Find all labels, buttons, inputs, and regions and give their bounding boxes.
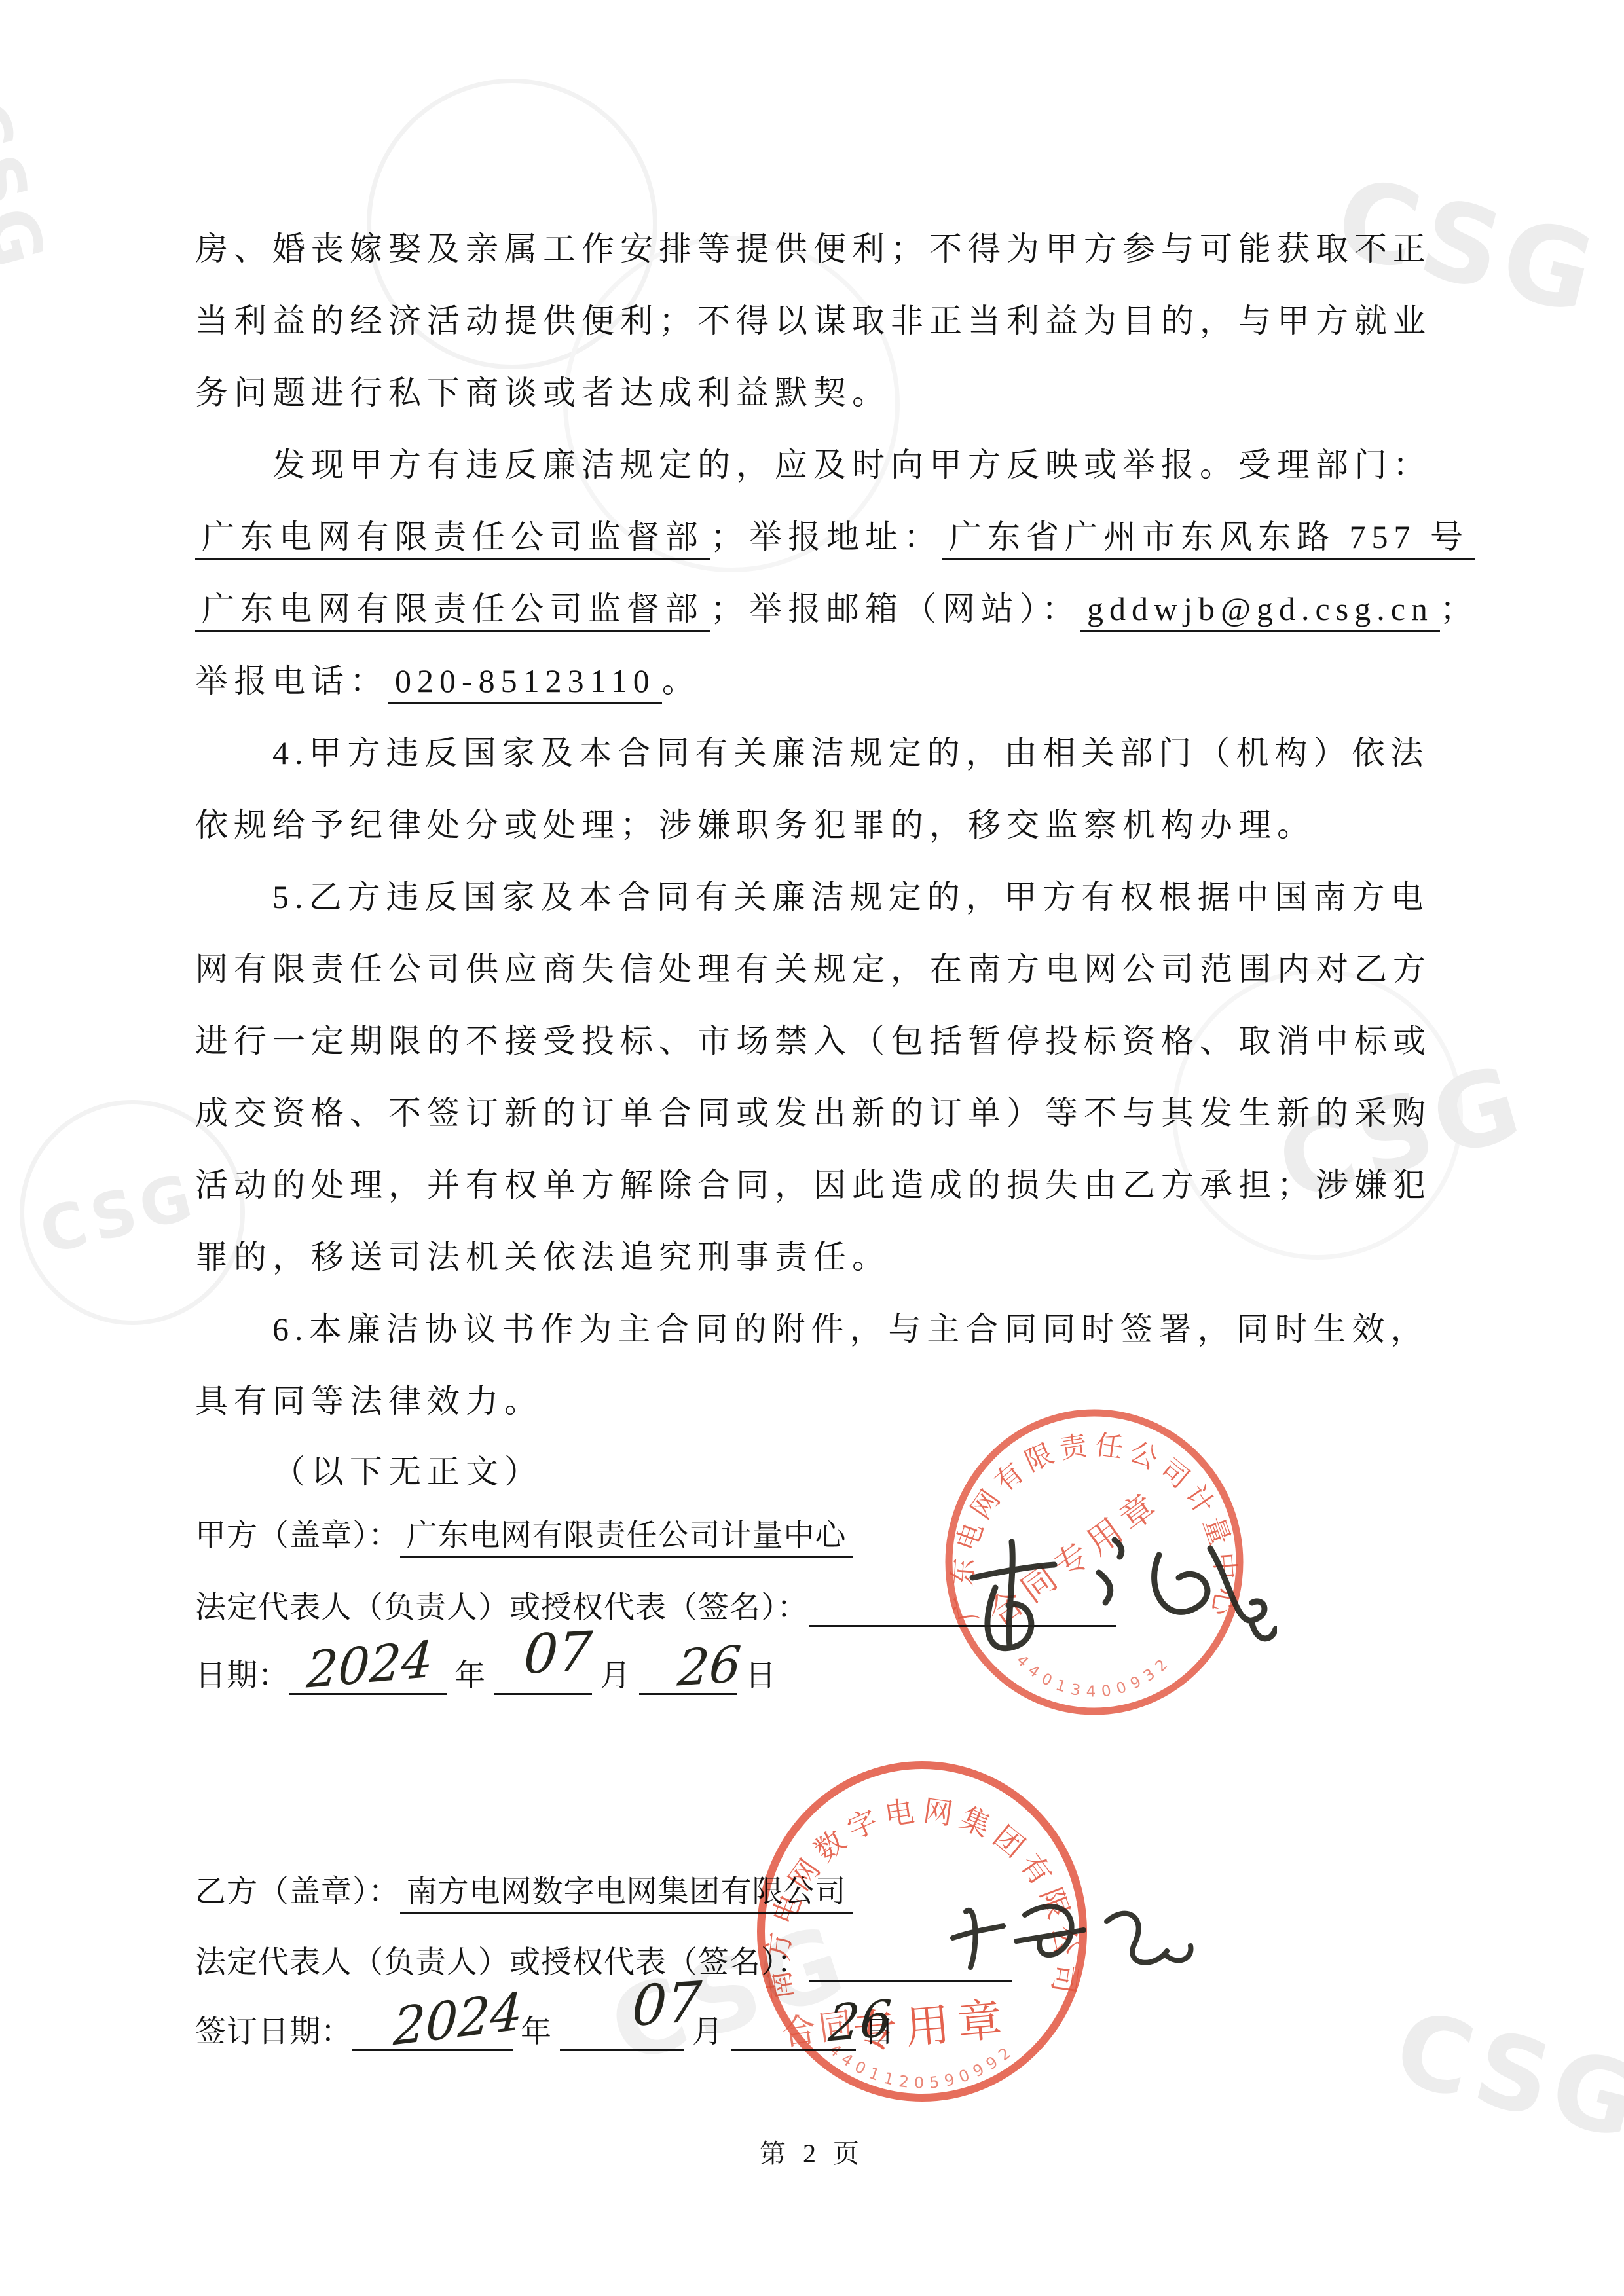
page-number: 第 2 页 <box>0 2133 1624 2170</box>
body-text: ； <box>1440 591 1479 627</box>
body-line: 网有限责任公司供应商失信处理有关规定，在南方电网公司范围内对乙方 <box>195 943 1452 990</box>
body-text: 举报电话： <box>195 663 388 699</box>
body-line: 成交资格、不签订新的订单合同或发出新的订单）等不与其发生新的采购 <box>195 1087 1452 1134</box>
handwritten-month: 07 <box>631 1969 703 2039</box>
body-line: 6.本廉洁协议书作为主合同的附件，与主合同同时签署，同时生效， <box>195 1303 1530 1350</box>
sign-date-label: 签订日期： <box>195 2015 352 2049</box>
body-line: 具有同等法律效力。 <box>195 1375 1452 1422</box>
csg-watermark: CSG <box>0 92 62 280</box>
report-phone-underlined: 020-85123110 <box>388 663 662 704</box>
party-a-signature <box>950 1525 1277 1702</box>
body-text: ；举报邮箱（网站）： <box>710 591 1080 627</box>
year-unit: 年 <box>521 2015 552 2049</box>
date-label: 日期： <box>195 1659 289 1693</box>
representative-label: 法定代表人（负责人）或授权代表（签名）： <box>195 1591 809 1625</box>
body-line: 依规给予纪律处分或处理；涉嫌职务犯罪的，移交监察机构办理。 <box>195 799 1452 846</box>
body-line: 发现甲方有违反廉洁规定的，应及时向甲方反映或举报。受理部门： <box>195 439 1530 486</box>
body-line: 广东电网有限责任公司监督部；举报邮箱（网站）：gddwjb@gd.csg.cn； <box>195 583 1452 630</box>
handwritten-month: 07 <box>523 1620 594 1686</box>
party-a-company-underlined: 广东电网有限责任公司计量中心 <box>400 1519 853 1558</box>
report-address-underlined: 广东省广州市东风东路 757 号 <box>942 519 1475 560</box>
body-line: 房、婚丧嫁娶及亲属工作安排等提供便利；不得为甲方参与可能获取不正 <box>195 223 1452 270</box>
handwritten-day: 26 <box>676 1634 743 1697</box>
supervision-dept-underlined: 广东电网有限责任公司监督部 <box>195 591 710 632</box>
contract-page-scan: CSG CSG CSG CSG CSG CSG 房、婚丧嫁娶及亲属工作安排等提供… <box>0 0 1624 2296</box>
body-line: 活动的处理，并有权单方解除合同，因此造成的损失由乙方承担；涉嫌犯 <box>195 1159 1452 1206</box>
handwritten-day: 26 <box>827 1988 893 2052</box>
supervision-dept-underlined: 广东电网有限责任公司监督部 <box>195 519 710 560</box>
day-unit: 日 <box>745 1659 777 1693</box>
month-unit: 月 <box>600 1659 631 1693</box>
party-b-label: 乙方（盖章）： <box>195 1875 400 1909</box>
no-more-text-note: （以下无正文） <box>195 1446 1530 1493</box>
year-unit: 年 <box>454 1659 486 1693</box>
body-line: 5.乙方违反国家及本合同有关廉洁规定的，甲方有权根据中国南方电 <box>195 871 1530 918</box>
party-b-signature <box>943 1886 1205 1990</box>
body-text: 。 <box>662 663 701 699</box>
body-line: 4.甲方违反国家及本合同有关廉洁规定的，由相关部门（机构）依法 <box>195 727 1530 774</box>
party-a-label: 甲方（盖章）： <box>195 1519 400 1553</box>
report-email-underlined: gddwjb@gd.csg.cn <box>1080 591 1440 632</box>
body-line: 罪的，移送司法机关依法追究刑事责任。 <box>195 1231 1452 1278</box>
body-line: 务问题进行私下商谈或者达成利益默契。 <box>195 367 1452 414</box>
body-text: ；举报地址： <box>710 519 942 555</box>
handwritten-year: 2024 <box>305 1630 434 1700</box>
body-line: 广东电网有限责任公司监督部；举报地址：广东省广州市东风东路 757 号 <box>195 511 1452 558</box>
body-line: 当利益的经济活动提供便利；不得以谋取非正当利益为目的，与甲方就业 <box>195 295 1452 342</box>
body-line: 举报电话：020-85123110。 <box>195 655 1452 702</box>
body-line: 进行一定期限的不接受投标、市场禁入（包括暂停投标资格、取消中标或 <box>195 1015 1452 1062</box>
representative-label: 法定代表人（负责人）或授权代表（签名）： <box>195 1946 809 1980</box>
